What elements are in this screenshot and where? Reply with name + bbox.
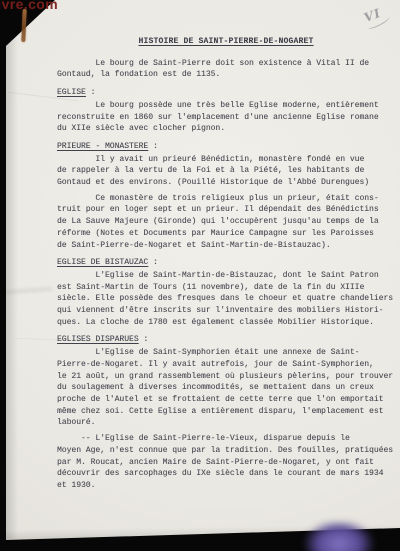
text-line: truit pour en loger sept et un prieur. I… xyxy=(57,204,395,216)
text-line: qui viennent d'être inscrits sur l'inven… xyxy=(57,305,395,317)
text-line: Gontaud, la fondation est de 1135. xyxy=(57,69,395,81)
text-line: reconstruite en 1860 sur l'emplacement d… xyxy=(57,112,395,124)
text-line: est Saint-Martin de Tours (11 novembre),… xyxy=(57,282,395,294)
text-line: -- L'Eglise de Saint-Pierre-le-Vieux, di… xyxy=(57,433,395,445)
text-line: de La Sauve Majeure (Gironde) qui l'occu… xyxy=(57,216,395,228)
text-line: de rappeler à la vertu de la Foi et à la… xyxy=(57,165,395,177)
section-heading: EGLISE DE BISTAUZAC : xyxy=(57,257,395,269)
text-line: labouré. xyxy=(57,417,395,429)
text-line: L'Eglise de Saint-Symphorien était une a… xyxy=(57,347,395,359)
paragraph: Il y avait un prieuré Bénédictin, monast… xyxy=(57,154,395,189)
text-line: de Saint-Pierre-de-Nogaret et Saint-Mart… xyxy=(57,240,395,252)
text-line: Gontaud et des environs. (Pouillé Histor… xyxy=(57,177,395,189)
text-line: Le bourg possède une très belle Eglise m… xyxy=(57,100,395,112)
paper-sheet: HISTOIRE DE SAINT-PIERRE-DE-NOGARET Le b… xyxy=(6,0,400,551)
section-heading: EGLISE : xyxy=(57,87,395,99)
text-line: découvrir des sarcophages du IXe siècle … xyxy=(57,468,395,480)
paragraph: Le bourg possède une très belle Eglise m… xyxy=(57,100,395,135)
text-line: Le bourg de Saint-Pierre doit son existe… xyxy=(57,58,395,70)
document-title: HISTOIRE DE SAINT-PIERRE-DE-NOGARET xyxy=(57,36,395,48)
text-line: siècle. Elle possède des fresques dans l… xyxy=(57,293,395,305)
text-line: Il y avait un prieuré Bénédictin, monast… xyxy=(57,154,395,166)
text-line: Moyen Age, n'est connue que par la tradi… xyxy=(57,445,395,457)
section-heading: PRIEURE - MONASTERE : xyxy=(57,141,395,153)
section-heading-text: EGLISE DE BISTAUZAC xyxy=(57,258,148,267)
section-heading-text: EGLISE xyxy=(57,88,86,97)
paragraph: -- L'Eglise de Saint-Pierre-le-Vieux, di… xyxy=(57,433,395,492)
scanner-light-bleed xyxy=(300,521,378,551)
paragraph: L'Eglise de Saint-Martin-de-Bistauzac, d… xyxy=(57,270,395,329)
text-line: Ce monastère de trois religieux plus un … xyxy=(57,193,395,205)
section-heading: EGLISES DISPARUES : xyxy=(57,334,395,346)
scanned-document-page: HISTOIRE DE SAINT-PIERRE-DE-NOGARET Le b… xyxy=(0,0,400,551)
typewritten-text-block: HISTOIRE DE SAINT-PIERRE-DE-NOGARET Le b… xyxy=(57,36,395,496)
text-line: ques. La cloche de 1780 est également cl… xyxy=(57,317,395,329)
text-line: le 21 août, un grand rassemblement où pl… xyxy=(57,371,395,383)
paragraph: Le bourg de Saint-Pierre doit son existe… xyxy=(57,58,395,81)
text-line: du soulagement à diverses incommodités, … xyxy=(57,382,395,394)
text-line: proche de l'Autel et se frottaient de ce… xyxy=(57,394,395,406)
text-line: par M. Roucat, ancien Maire de Saint-Pie… xyxy=(57,457,395,469)
section-heading-text: PRIEURE - MONASTERE xyxy=(57,142,148,151)
text-line: du XIIe siècle avec clocher pignon. xyxy=(57,123,395,135)
section-heading-text: EGLISES DISPARUES xyxy=(57,335,139,344)
paper-edge-shadow xyxy=(6,0,18,541)
paper-speck xyxy=(8,500,11,503)
typed-body: Le bourg de Saint-Pierre doit son existe… xyxy=(57,58,395,492)
text-line: L'Eglise de Saint-Martin-de-Bistauzac, d… xyxy=(57,270,395,282)
text-line: réforme (Notes et Documents par Maurice … xyxy=(57,228,395,240)
bookseller-watermark: livre.com xyxy=(0,0,58,12)
paragraph: Ce monastère de trois religieux plus un … xyxy=(57,193,395,252)
text-line: même chez soi. Cette Eglise a entièremen… xyxy=(57,406,395,418)
text-line: Pierre-de-Nogaret. Il y avait autrefois,… xyxy=(57,359,395,371)
paragraph: L'Eglise de Saint-Symphorien était une a… xyxy=(57,347,395,429)
text-line: et 1930. xyxy=(57,480,395,492)
